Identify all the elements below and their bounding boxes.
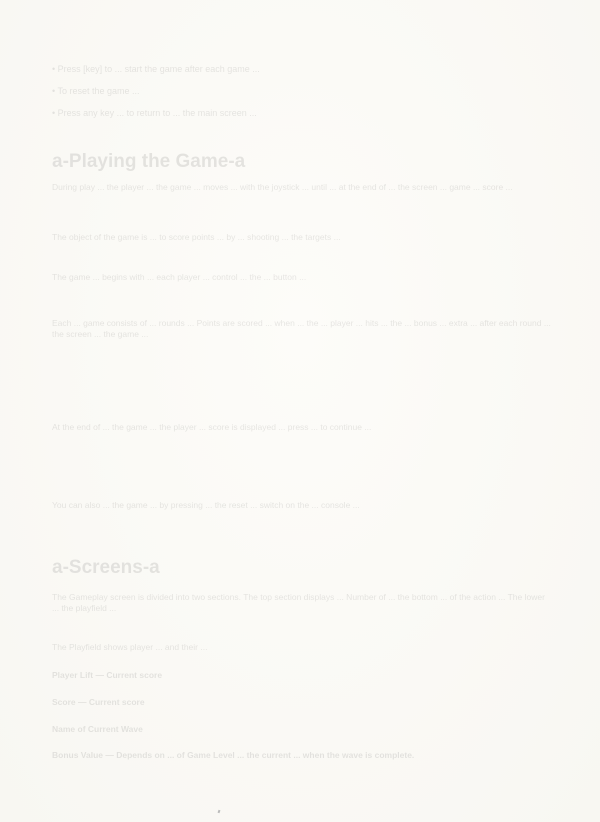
paragraph: The game ... begins with ... each player…	[52, 272, 552, 283]
label: Bonus Value — Depends on ... of Game Lev…	[52, 750, 414, 760]
label: The Playfield shows player ... and their…	[52, 642, 207, 652]
bullet-item: To reset the game ...	[52, 80, 552, 102]
section-heading-playing: a-Playing the Game-a	[52, 151, 245, 173]
paragraph: During play ... the player ... the game …	[52, 182, 552, 193]
paragraph: At the end of ... the game ... the playe…	[52, 422, 552, 433]
document-page: Press [key] to ... start the game after …	[0, 0, 600, 822]
paragraph: The Gameplay screen is divided into two …	[52, 592, 552, 614]
section-heading-screens: a-Screens-a	[52, 557, 160, 579]
paper-speck	[218, 810, 221, 814]
paragraph: The object of the game is ... to score p…	[52, 232, 552, 243]
bullet-item: Press [key] to ... start the game after …	[52, 58, 552, 80]
label: Name of Current Wave	[52, 724, 143, 734]
instruction-bullets: Press [key] to ... start the game after …	[52, 58, 552, 124]
label: Player Lift — Current score	[52, 670, 162, 680]
label: Score — Current score	[52, 697, 145, 707]
paragraph: Each ... game consists of ... rounds ...…	[52, 318, 552, 340]
paragraph: You can also ... the game ... by pressin…	[52, 500, 552, 511]
bullet-item: Press any key ... to return to ... the m…	[52, 102, 552, 124]
